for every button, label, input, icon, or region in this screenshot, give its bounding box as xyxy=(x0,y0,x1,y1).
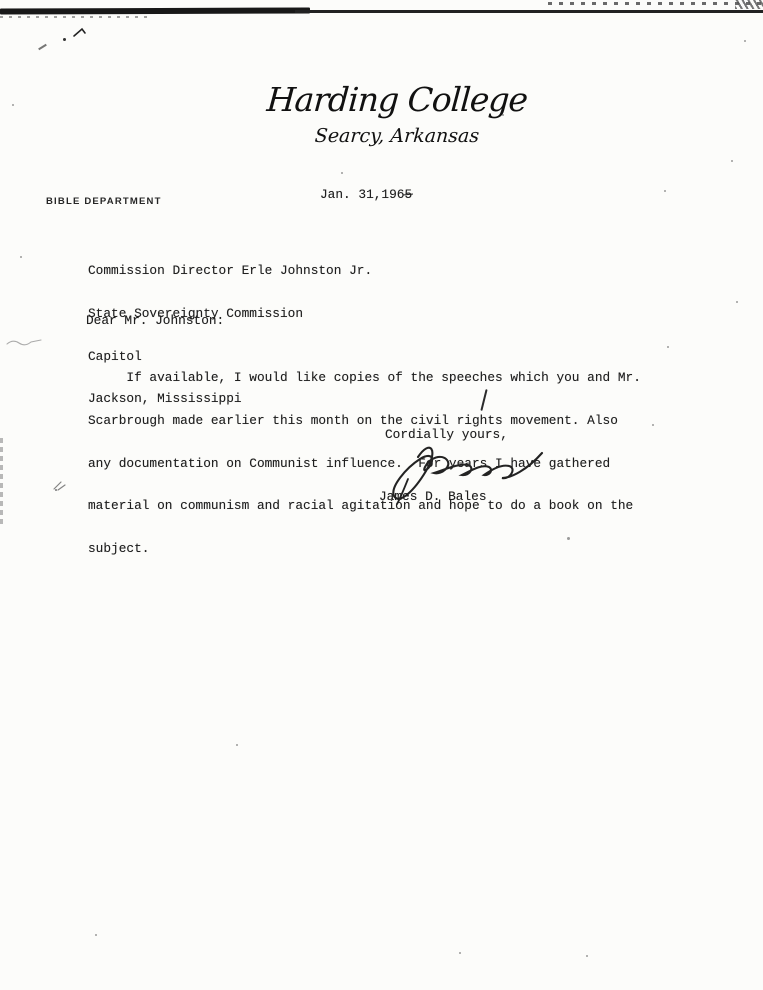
scan-speck xyxy=(341,172,343,174)
scan-speck xyxy=(12,104,14,106)
scan-speck xyxy=(736,301,738,303)
pen-mark xyxy=(72,27,88,38)
pencil-mark xyxy=(53,479,71,492)
scan-edge-noise xyxy=(0,438,3,524)
body-line: Scarbrough made earlier this month on th… xyxy=(88,414,663,428)
letterhead-college-name: Harding College xyxy=(245,78,548,122)
pencil-mark xyxy=(38,44,47,50)
body-line: If available, I would like copies of the… xyxy=(88,371,663,385)
letterhead-location: Searcy, Arkansas xyxy=(246,124,548,148)
body-line: subject. xyxy=(88,542,663,556)
scan-speck xyxy=(236,744,238,746)
margin-pencil-squiggle xyxy=(6,336,44,348)
date-line: Jan. 31,1965 xyxy=(320,188,412,202)
body-line: material on communism and racial agitati… xyxy=(88,499,663,513)
date-overstruck-digit: 5 xyxy=(404,188,412,202)
department-label: BIBLE DEPARTMENT xyxy=(46,196,162,207)
scanned-letter-page: Harding College Searcy, Arkansas BIBLE D… xyxy=(0,0,763,990)
letterhead: Harding College Searcy, Arkansas xyxy=(247,78,547,148)
salutation: Dear Mr. Johnston: xyxy=(86,314,224,328)
recipient-line: Commission Director Erle Johnston Jr. xyxy=(88,264,372,278)
scan-edge-noise xyxy=(0,16,150,18)
scan-speck xyxy=(95,934,97,936)
scan-speck xyxy=(664,190,666,192)
letter-body: If available, I would like copies of the… xyxy=(88,343,663,584)
scan-edge-band xyxy=(0,7,310,14)
scan-speck xyxy=(20,256,22,258)
scan-edge-noise xyxy=(548,2,763,5)
pencil-mark xyxy=(63,38,66,41)
body-line: any documentation on Communist influence… xyxy=(88,457,663,471)
scan-speck xyxy=(459,952,461,954)
scan-edge-noise xyxy=(735,0,763,9)
scan-speck xyxy=(586,955,588,957)
date-text: Jan. 31,196 xyxy=(320,187,404,202)
scan-speck xyxy=(667,346,669,348)
typed-signature-name: James D. Bales xyxy=(379,490,487,504)
scan-speck xyxy=(731,160,733,162)
scan-edge-band xyxy=(295,10,763,13)
scan-speck xyxy=(744,40,746,42)
